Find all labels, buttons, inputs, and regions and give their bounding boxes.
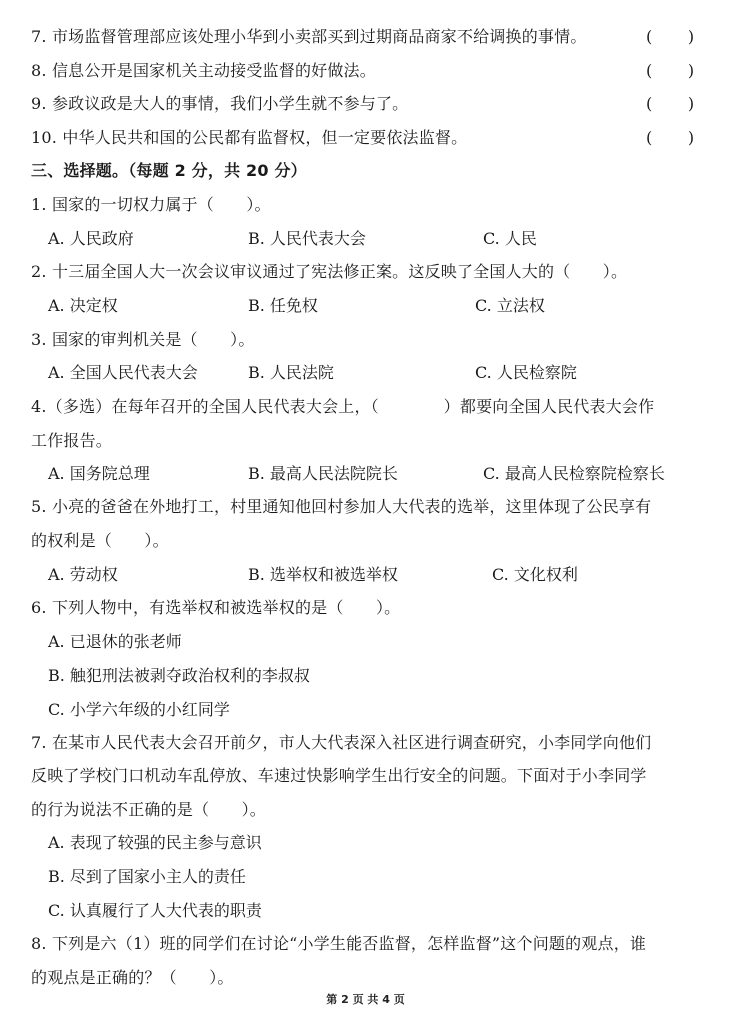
judgement-item-7: 7. 市场监督管理部应该处理小华到小卖部买到过期商品商家不给调换的事情。 — [31, 27, 587, 47]
q5-option-b[interactable]: B. 选举权和被选举权 — [248, 565, 398, 585]
q6-option-c[interactable]: C. 小学六年级的小红同学 — [48, 700, 230, 720]
q1-option-c[interactable]: C. 人民 — [483, 229, 537, 249]
q3-option-c[interactable]: C. 人民检察院 — [475, 363, 577, 383]
q5-option-c[interactable]: C. 文化权利 — [492, 565, 578, 585]
judgement-item-10: 10. 中华人民共和国的公民都有监督权，但一定要依法监督。 — [31, 128, 467, 148]
page-number: 第 2 页 共 4 页 — [0, 991, 731, 1007]
q5-option-a[interactable]: A. 劳动权 — [48, 565, 118, 585]
q7-option-a[interactable]: A. 表现了较强的民主参与意识 — [48, 833, 262, 853]
question-2-stem: 2. 十三届全国人大一次会议审议通过了宪法修正案。这反映了全国人大的（ ）。 — [31, 262, 627, 282]
question-7-stem-line-1: 7. 在某市人民代表大会召开前夕，市人大代表深入社区进行调查研究，小李同学向他们 — [31, 733, 651, 753]
question-7-stem-line-2: 反映了学校门口机动车乱停放、车速过快影响学生出行安全的问题。下面对于小李同学 — [31, 766, 647, 786]
question-4-stem-line-1: 4.（多选）在每年召开的全国人民代表大会上，（ ）都要向全国人民代表大会作 — [31, 397, 654, 417]
q4-option-a[interactable]: A. 国务院总理 — [48, 464, 150, 484]
judgement-item-9: 9. 参政议政是大人的事情，我们小学生就不参与了。 — [31, 94, 408, 114]
q7-option-c[interactable]: C. 认真履行了人大代表的职责 — [48, 901, 262, 921]
question-4-stem-line-2: 工作报告。 — [31, 431, 112, 451]
q2-option-a[interactable]: A. 决定权 — [48, 296, 118, 316]
q4-option-b[interactable]: B. 最高人民法院院长 — [248, 464, 398, 484]
section-title: 三、选择题。（每题 2 分，共 20 分） — [31, 161, 307, 181]
question-5-stem-line-1: 5. 小亮的爸爸在外地打工，村里通知他回村参加人大代表的选举，这里体现了公民享有 — [31, 497, 651, 517]
question-7-stem-line-3: 的行为说法不正确的是（ ）。 — [31, 800, 266, 820]
answer-blank-7[interactable]: ( ) — [646, 27, 694, 47]
q3-option-a[interactable]: A. 全国人民代表大会 — [48, 363, 198, 383]
q6-option-a[interactable]: A. 已退休的张老师 — [48, 632, 182, 652]
answer-blank-9[interactable]: ( ) — [646, 94, 694, 114]
q7-option-b[interactable]: B. 尽到了国家小主人的责任 — [48, 867, 246, 887]
question-8-stem-line-1: 8. 下列是六（1）班的同学们在讨论“小学生能否监督，怎样监督”这个问题的观点，… — [31, 934, 646, 954]
question-5-stem-line-2: 的权利是（ ）。 — [31, 531, 169, 551]
judgement-item-8: 8. 信息公开是国家机关主动接受监督的好做法。 — [31, 61, 376, 81]
q1-option-b[interactable]: B. 人民代表大会 — [248, 229, 366, 249]
q2-option-c[interactable]: C. 立法权 — [475, 296, 545, 316]
q1-option-a[interactable]: A. 人民政府 — [48, 229, 134, 249]
question-8-stem-line-2: 的观点是正确的？（ ）。 — [31, 968, 234, 988]
question-6-stem: 6. 下列人物中，有选举权和被选举权的是（ ）。 — [31, 598, 400, 618]
question-1-stem: 1. 国家的一切权力属于（ ）。 — [31, 195, 271, 215]
q4-option-c[interactable]: C. 最高人民检察院检察长 — [483, 464, 665, 484]
q3-option-b[interactable]: B. 人民法院 — [248, 363, 334, 383]
q2-option-b[interactable]: B. 任免权 — [248, 296, 318, 316]
answer-blank-8[interactable]: ( ) — [646, 61, 694, 81]
question-3-stem: 3. 国家的审判机关是（ ）。 — [31, 330, 255, 350]
q6-option-b[interactable]: B. 触犯刑法被剥夺政治权利的李叔叔 — [48, 666, 310, 686]
answer-blank-10[interactable]: ( ) — [646, 128, 694, 148]
